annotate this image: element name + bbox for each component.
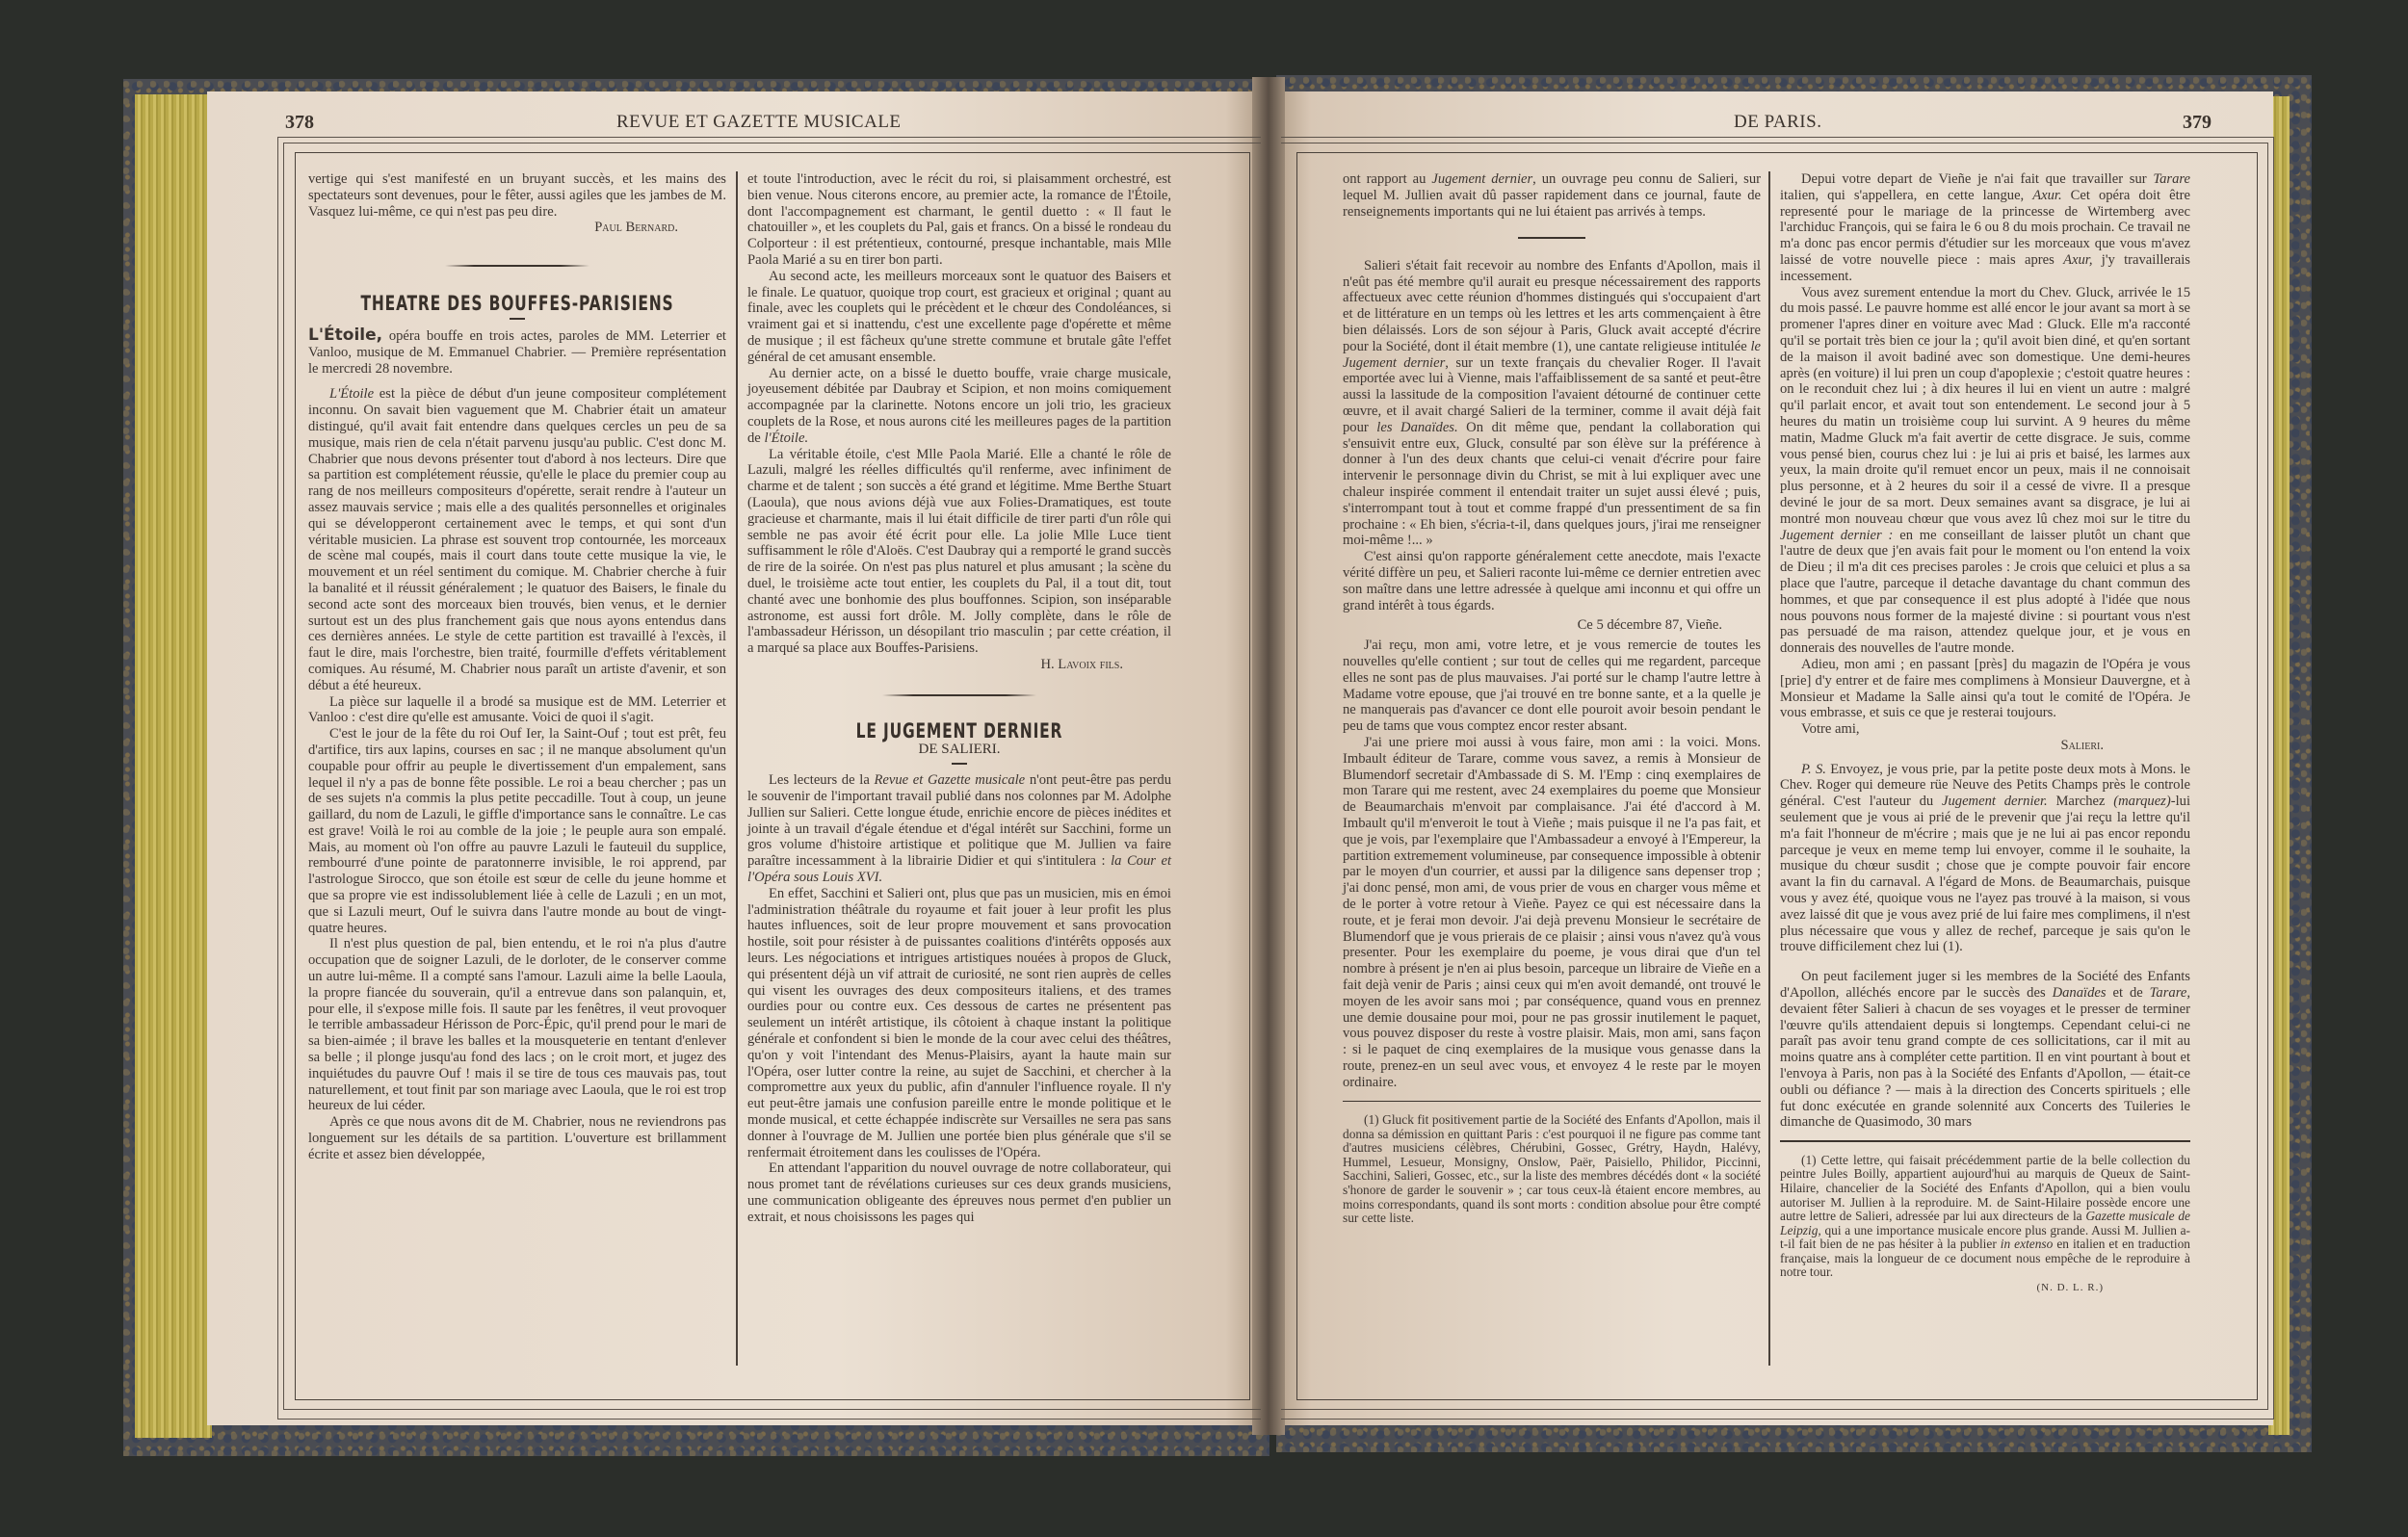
paragraph: Au dernier acte, on a bissé le duetto bo… <box>747 366 1171 447</box>
signature-lavoix: H. Lavoix fils. <box>747 657 1171 673</box>
paragraph: Il n'est plus question de pal, bien ente… <box>308 936 726 1114</box>
right-page-column-2: Depui votre depart de Vieñe je n'ai fait… <box>1780 171 2190 1296</box>
paragraph: En effet, Sacchini et Salieri ont, plus … <box>747 886 1171 1161</box>
signature-paul-bernard: Paul Bernard. <box>308 220 726 236</box>
editor-note-mark: (N. D. L. R.) <box>1780 1280 2190 1296</box>
letter-dateline: Ce 5 décembre 87, Vieñe. <box>1343 617 1761 634</box>
right-page-column-1: ont rapport au Jugement dernier, un ouvr… <box>1343 171 1761 1226</box>
signature-salieri: Salieri. <box>1780 738 2190 754</box>
footnote-1-letter: (1) Cette lettre, qui faisait précédemme… <box>1780 1154 2190 1280</box>
play-title: L'Étoile, <box>308 326 382 345</box>
paragraph: vertige qui s'est manifesté en un bruyan… <box>308 171 726 220</box>
paragraph: La véritable étoile, c'est Mlle Paola Ma… <box>747 447 1171 657</box>
paragraph: Au second acte, les meilleurs morceaux s… <box>747 269 1171 366</box>
letter-paragraph: J'ai une priere moi aussi à vous faire, … <box>1343 735 1761 1091</box>
paragraph: Après ce que nous avons dit de M. Chabri… <box>308 1114 726 1162</box>
letter-paragraph: Depui votre depart de Vieñe je n'ai fait… <box>1780 171 2190 285</box>
paragraph: En attendant l'apparition du nouvel ouvr… <box>747 1160 1171 1225</box>
section-title-jugement-dernier: LE JUGEMENT DERNIER <box>786 723 1134 740</box>
section-divider <box>1518 237 1585 239</box>
section-title-bouffes-parisiens: THEATRE DES BOUFFES-PARISIENS <box>346 296 689 312</box>
column-divider-left <box>736 171 738 1366</box>
footnote-1: (1) Gluck fit positivement partie de la … <box>1343 1113 1761 1226</box>
paragraph: La pièce sur laquelle il a brodé sa musi… <box>308 694 726 727</box>
letter-closing: Votre ami, <box>1780 721 2190 738</box>
running-head-right: DE PARIS. <box>1734 112 1821 133</box>
title-dash <box>952 763 967 765</box>
paragraph: C'est ainsi qu'on rapporte généralement … <box>1343 549 1761 613</box>
page-edges-left <box>135 94 212 1438</box>
title-dash <box>510 318 525 320</box>
footnote-divider <box>1343 1101 1761 1103</box>
paragraph: C'est le jour de la fête du roi Ouf Ier,… <box>308 726 726 936</box>
footnote-divider <box>1780 1140 2190 1142</box>
section-subtitle: DE SALIERI. <box>747 742 1171 758</box>
paragraph: On peut facilement juger si les membres … <box>1780 969 2190 1131</box>
postscript: P. S. Envoyez, je vous prie, par la peti… <box>1780 762 2190 956</box>
letter-paragraph: Adieu, mon ami ; en passant [près] du ma… <box>1780 657 2190 721</box>
paragraph: Les lecteurs de la Revue et Gazette musi… <box>747 772 1171 886</box>
page-number-left: 378 <box>285 112 314 134</box>
performance-header: L'Étoile, opéra bouffe en trois actes, p… <box>308 327 726 377</box>
column-divider-right <box>1768 171 1770 1366</box>
running-head-left: REVUE ET GAZETTE MUSICALE <box>616 112 902 133</box>
left-page-column-2: et toute l'introduction, avec le récit d… <box>747 171 1171 1226</box>
paragraph: ont rapport au Jugement dernier, un ouvr… <box>1343 171 1761 220</box>
paragraph: et toute l'introduction, avec le récit d… <box>747 171 1171 269</box>
letter-paragraph: Vous avez surement entendue la mort du C… <box>1780 285 2190 657</box>
paragraph: L'Étoile est la pièce de début d'un jeun… <box>308 386 726 693</box>
paragraph: Salieri s'était fait recevoir au nombre … <box>1343 258 1761 549</box>
letter-paragraph: J'ai reçu, mon ami, votre letre, et je v… <box>1343 638 1761 735</box>
page-number-right: 379 <box>2183 112 2212 134</box>
left-page-column-1: vertige qui s'est manifesté en un bruyan… <box>308 171 726 1163</box>
